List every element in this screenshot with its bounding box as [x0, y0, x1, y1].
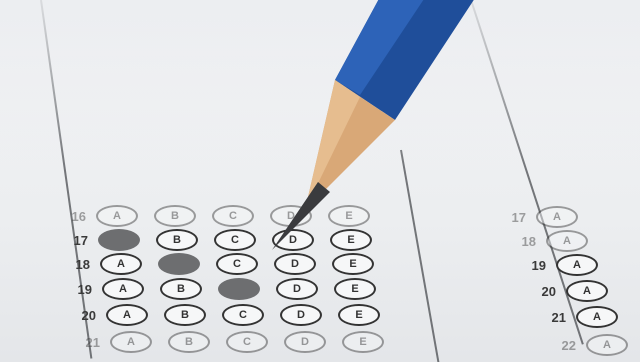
- bubble-a[interactable]: A: [576, 306, 618, 328]
- bubble-c[interactable]: C: [212, 205, 254, 227]
- bubble-a[interactable]: A: [96, 205, 138, 227]
- question-row: 21 A: [540, 306, 634, 328]
- bubble-a[interactable]: A: [566, 280, 608, 302]
- bubble-d[interactable]: D: [280, 304, 322, 326]
- bubble-a[interactable]: A: [556, 254, 598, 276]
- bubble-b[interactable]: B: [160, 278, 202, 300]
- answer-sheet-photo: 16 A B C D E 17 A B C D E 18 A B C D E 1…: [0, 0, 640, 362]
- question-number: 21: [540, 310, 566, 325]
- bubble-b[interactable]: B: [154, 205, 196, 227]
- bubble-b-filled[interactable]: B: [158, 253, 200, 275]
- bubble-a-filled[interactable]: A: [98, 229, 140, 251]
- bubble-b[interactable]: B: [156, 229, 198, 251]
- bubble-d[interactable]: D: [284, 331, 326, 353]
- bubble-e[interactable]: E: [342, 331, 384, 353]
- question-row: 22 A: [550, 334, 640, 356]
- bubble-c[interactable]: C: [226, 331, 268, 353]
- question-number: 19: [66, 282, 92, 297]
- question-number: 16: [60, 209, 86, 224]
- question-number: 21: [74, 335, 100, 350]
- bubble-b[interactable]: B: [164, 304, 206, 326]
- bubble-a[interactable]: A: [546, 230, 588, 252]
- bubble-a[interactable]: A: [586, 334, 628, 356]
- bubble-a[interactable]: A: [102, 278, 144, 300]
- question-number: 17: [62, 233, 88, 248]
- bubble-e[interactable]: E: [338, 304, 380, 326]
- question-row: 21 A B C D E: [74, 331, 400, 353]
- bubble-a[interactable]: A: [110, 331, 152, 353]
- bubble-c[interactable]: C: [222, 304, 264, 326]
- question-row: 20 A B C D E: [70, 304, 396, 326]
- bubble-a[interactable]: A: [106, 304, 148, 326]
- question-number: 18: [64, 257, 90, 272]
- question-number: 22: [550, 338, 576, 353]
- bubble-a[interactable]: A: [100, 253, 142, 275]
- bubble-b[interactable]: B: [168, 331, 210, 353]
- question-number: 20: [70, 308, 96, 323]
- pencil-icon: [250, 0, 550, 290]
